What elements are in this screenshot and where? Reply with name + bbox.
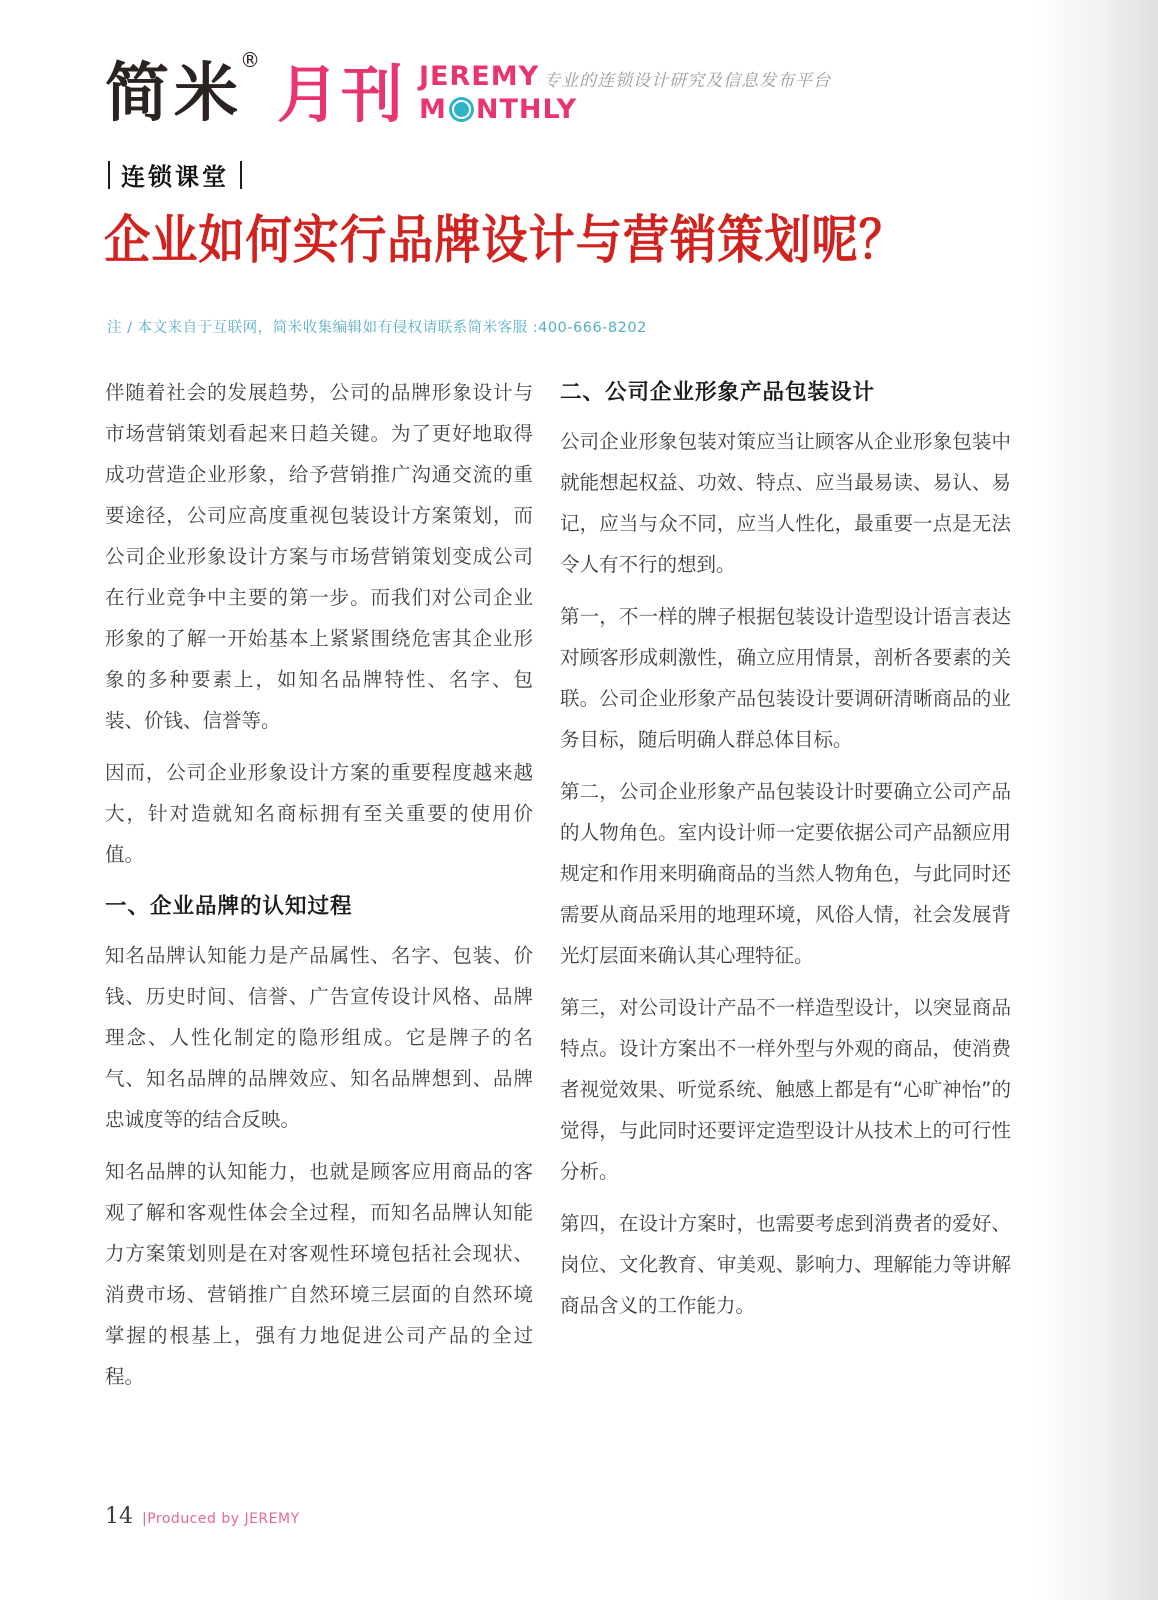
- section-tag: 连锁课堂: [108, 157, 242, 192]
- magazine-page: 简米 ® 月刊 JEREMY 专业的连锁设计研究及信息发布平台 M NTHLY …: [0, 0, 1158, 1600]
- paragraph: 知名品牌认知能力是产品属性、名字、包装、价钱、历史时间、信誉、广告宣传设计风格、…: [105, 935, 533, 1140]
- page-footer: 14 |Produced by JEREMY: [105, 1504, 300, 1529]
- brand-logo-monthly-rest: NTHLY: [476, 96, 577, 124]
- paragraph: 公司企业形象包装对策应当让顾客从企业形象包装中就能想起权益、功效、特点、应当最易…: [560, 421, 1011, 585]
- brand-logo-en: JEREMY 专业的连锁设计研究及信息发布平台 M NTHLY: [419, 63, 831, 126]
- section-tag-bar-left: [108, 161, 110, 189]
- page-edge-shadow: [1033, 0, 1158, 1600]
- paragraph: 第二，公司企业形象产品包装设计时要确立公司产品的人物角色。室内设计师一定要依据公…: [560, 771, 1011, 976]
- brand-logo-kan: 月刊: [277, 64, 405, 126]
- masthead: 简米 ® 月刊 JEREMY 专业的连锁设计研究及信息发布平台 M NTHLY: [105, 34, 831, 126]
- monthly-o-ring: [452, 100, 471, 119]
- paragraph: 第一，不一样的牌子根据包装设计造型设计语言表达对顾客形成刺激性，确立应用情景，剖…: [560, 596, 1011, 760]
- paragraph: 第三，对公司设计产品不一样造型设计，以突显商品特点。设计方案出不一样外型与外观的…: [560, 987, 1011, 1192]
- monthly-o-circle-icon: [449, 97, 474, 122]
- article-title: 企业如何实行品牌设计与营销策划呢？: [104, 198, 906, 273]
- section-tag-label: 连锁课堂: [121, 157, 229, 192]
- paragraph: 知名品牌的认知能力，也就是顾客应用商品的客观了解和客观性体会全过程，而知名品牌认…: [105, 1151, 533, 1397]
- produced-by-credit: |Produced by JEREMY: [142, 1511, 300, 1527]
- brand-logo-monthly-m: M: [419, 96, 447, 124]
- paragraph: 第四，在设计方案时，也需要考虑到消费者的爱好、岗位、文化教育、审美观、影响力、理…: [560, 1203, 1011, 1326]
- registered-trademark-icon: ®: [240, 50, 265, 70]
- brand-logo-en-row1: JEREMY 专业的连锁设计研究及信息发布平台: [419, 63, 831, 91]
- article-body: 伴随着社会的发展趋势，公司的品牌形象设计与市场营销策划看起来日趋关键。为了更好地…: [105, 372, 1011, 1408]
- section-tag-bar-right: [240, 161, 242, 189]
- page-number: 14: [105, 1504, 133, 1529]
- brand-logo-cn-text: 简米: [105, 57, 243, 131]
- brand-logo-monthly: M NTHLY: [419, 96, 831, 124]
- brand-logo-jeremy: JEREMY: [419, 63, 539, 91]
- column-left: 伴随着社会的发展趋势，公司的品牌形象设计与市场营销策划看起来日趋关键。为了更好地…: [105, 372, 533, 1408]
- brand-logo-cn: 简米 ®: [105, 62, 263, 126]
- brand-tagline: 专业的连锁设计研究及信息发布平台: [543, 66, 831, 91]
- column-right: 二、公司企业形象产品包装设计 公司企业形象包装对策应当让顾客从企业形象包装中就能…: [560, 372, 1011, 1408]
- source-note: 注 / 本文来自于互联网，简米收集编辑如有侵权请联系简米客服 :400-666-…: [107, 316, 647, 337]
- paragraph: 因而，公司企业形象设计方案的重要程度越来越大，针对造就知名商标拥有至关重要的使用…: [105, 752, 533, 875]
- section-heading-1: 一、企业品牌的认知过程: [105, 886, 533, 927]
- paragraph: 伴随着社会的发展趋势，公司的品牌形象设计与市场营销策划看起来日趋关键。为了更好地…: [105, 372, 533, 741]
- section-heading-2: 二、公司企业形象产品包装设计: [560, 372, 1011, 413]
